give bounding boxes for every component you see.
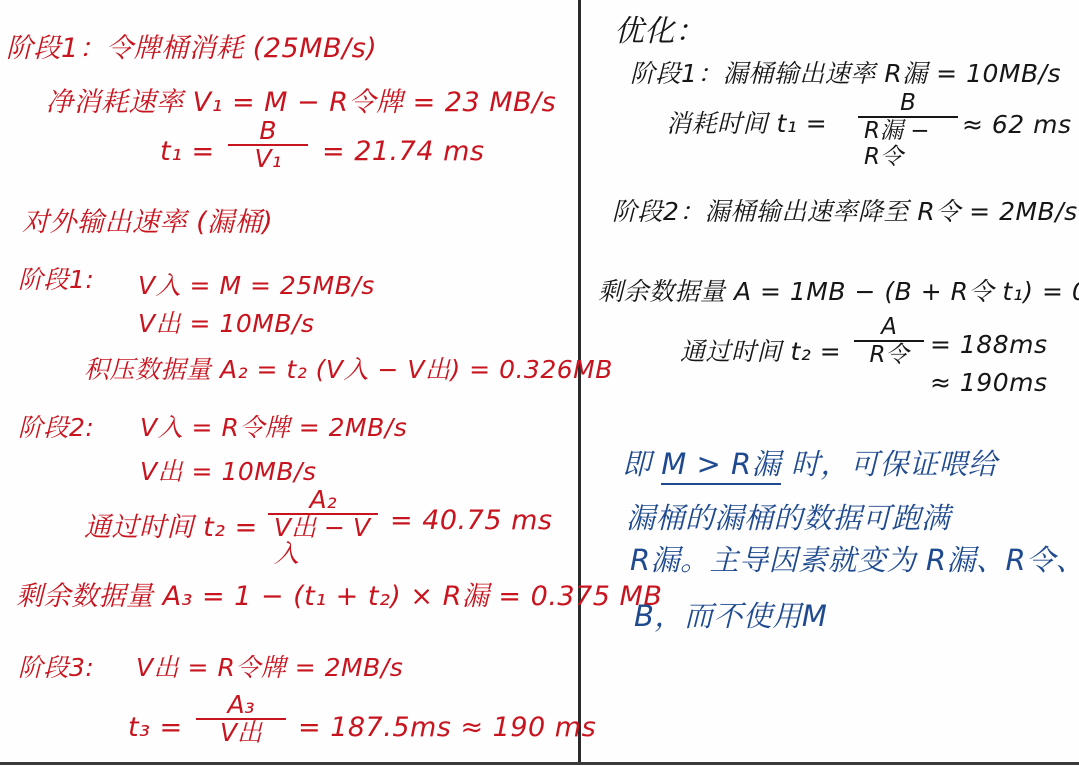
phase1-backlog: 积压数据量 A₂ = t₂ (V入 − V出) = 0.326MB — [84, 350, 613, 386]
phase2-vin: V入 = R令牌 = 2MB/s — [140, 408, 407, 444]
phase3-label: 阶段3: — [18, 648, 94, 684]
opt-t2-approx: ≈ 190ms — [930, 368, 1048, 397]
opt-stage1-t1-lhs: 消耗时间 t₁ = — [666, 104, 827, 140]
fraction-numerator: B — [894, 90, 922, 116]
stage1-t1-fraction: B V₁ — [228, 118, 308, 172]
conclusion-line1-rest: 时，可保证喂给 — [791, 447, 998, 481]
stage1-title: 阶段1：令牌桶消耗 (25MB/s) — [6, 26, 377, 65]
opt-remaining-data: 剩余数据量 A = 1MB − (B + R令 t₁) = 0.376MB — [598, 272, 1079, 308]
bottom-border — [0, 762, 1079, 765]
handwritten-notes-page: 阶段1：令牌桶消耗 (25MB/s) 净消耗速率 V₁ = M − R令牌 = … — [0, 0, 1079, 766]
stage1-net-rate: 净消耗速率 V₁ = M − R令牌 = 23 MB/s — [46, 80, 556, 119]
opt-stage1-t1-result: ≈ 62 ms — [962, 110, 1072, 139]
fraction-numerator: A₂ — [303, 487, 342, 513]
fraction-numerator: B — [253, 118, 282, 144]
opt-stage1: 阶段1：漏桶输出速率 R漏 = 10MB/s — [630, 54, 1061, 90]
phase1-label: 阶段1: — [18, 260, 94, 296]
phase3-t3-result: = 187.5ms ≈ 190 ms — [298, 712, 596, 743]
conclusion-line-2: 漏桶的漏桶的数据可跑满 — [626, 496, 951, 537]
remaining-data-a3: 剩余数据量 A₃ = 1 − (t₁ + t₂) × R漏 = 0.375 MB — [16, 574, 662, 613]
phase2-t2-fraction: A₂ V出 − V入 — [268, 487, 378, 567]
phase3-vout: V出 = R令牌 = 2MB/s — [136, 648, 403, 684]
fraction-denominator: V₁ — [248, 146, 287, 172]
phase3-t3-lhs: t₃ = — [128, 712, 183, 743]
conclusion-line-1: 即 M > R漏 时，可保证喂给 — [622, 442, 997, 483]
fraction-denominator: V出 — [214, 720, 268, 746]
phase2-label: 阶段2: — [18, 408, 94, 444]
opt-t2-result: = 188ms — [930, 330, 1048, 359]
phase2-t2-lhs: 通过时间 t₂ = — [84, 505, 258, 544]
output-rate-title: 对外输出速率 (漏桶) — [22, 200, 273, 239]
phase1-vin: V入 = M = 25MB/s — [138, 266, 375, 302]
optimization-title: 优化： — [614, 6, 706, 50]
phase3-t3-fraction: A₃ V出 — [196, 692, 286, 746]
opt-stage1-t1-fraction: B R漏 − R令 — [858, 90, 958, 170]
conclusion-condition: M > R漏 — [661, 447, 781, 485]
phase2-t2-result: = 40.75 ms — [390, 505, 552, 536]
fraction-denominator: R令 — [864, 342, 915, 368]
fraction-denominator: R漏 − R令 — [858, 118, 958, 170]
fraction-denominator: V出 − V入 — [268, 515, 378, 567]
conclusion-prefix: 即 — [622, 447, 652, 481]
fraction-numerator: A₃ — [221, 692, 260, 718]
opt-t2-lhs: 通过时间 t₂ = — [680, 332, 841, 368]
opt-t2-fraction: A R令 — [854, 314, 924, 368]
stage1-t1-result: = 21.74 ms — [322, 136, 484, 167]
conclusion-line-3: R漏。主导因素就变为 R漏、R令、 — [630, 538, 1079, 579]
opt-stage2: 阶段2：漏桶输出速率降至 R令 = 2MB/s — [612, 192, 1078, 228]
fraction-numerator: A — [875, 314, 903, 340]
phase2-vout: V出 = 10MB/s — [140, 452, 316, 488]
conclusion-line-4: B，而不使用M — [634, 594, 827, 635]
phase1-vout: V出 = 10MB/s — [138, 304, 314, 340]
stage1-t1-lhs: t₁ = — [160, 136, 215, 167]
